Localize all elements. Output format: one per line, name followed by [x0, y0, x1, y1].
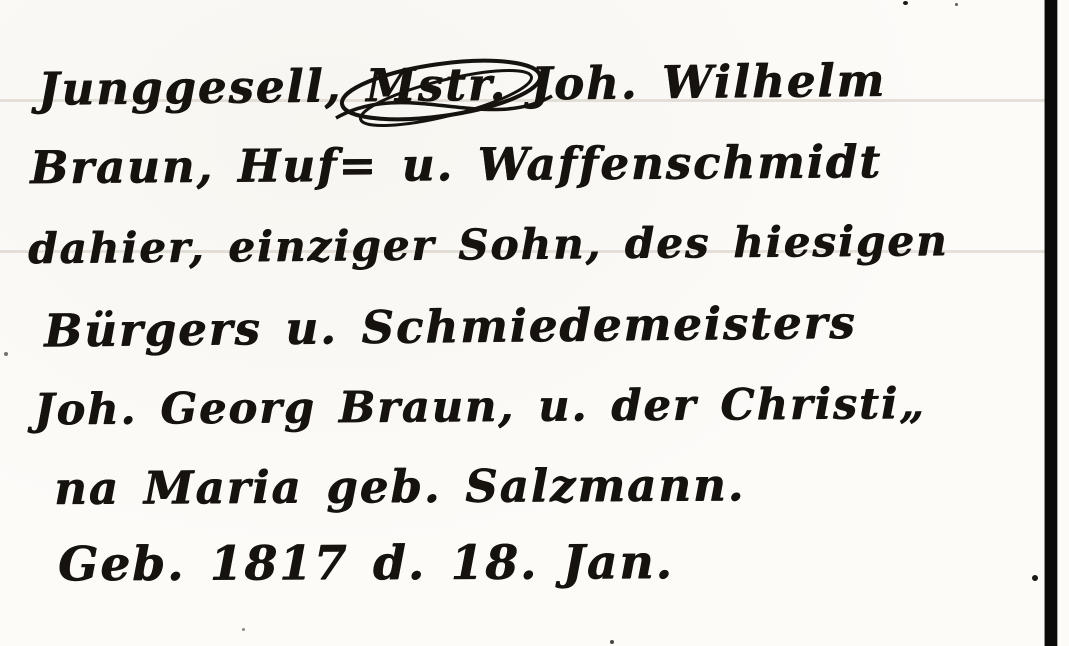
ink-speck: [903, 1, 908, 5]
handwriting-line-2: Braun, Huf= u. Waffenschmidt: [30, 135, 882, 194]
ink-speck: [955, 3, 958, 6]
ink-speck: [1032, 575, 1038, 581]
register-column-rule: [1045, 0, 1057, 646]
handwriting-line-4: Bürgers u. Schmiedemeisters: [44, 296, 857, 358]
ink-speck: [242, 628, 245, 631]
handwriting-line-7: Geb. 1817 d. 18. Jan.: [58, 535, 674, 592]
handwriting-line-3: dahier, einziger Sohn, des hiesigen: [28, 216, 949, 273]
manuscript-scan-page: Junggesell, Mstr. Joh. Wilhelm Braun, Hu…: [0, 0, 1069, 646]
ink-speck: [4, 352, 8, 356]
handwriting-line-6: na Maria geb. Salzmann.: [54, 458, 745, 515]
handwriting-line-1: Junggesell, Mstr. Joh. Wilhelm: [38, 54, 886, 116]
ink-speck: [610, 640, 614, 644]
handwriting-line-5: Joh. Georg Braun, u. der Christi„: [34, 379, 926, 435]
